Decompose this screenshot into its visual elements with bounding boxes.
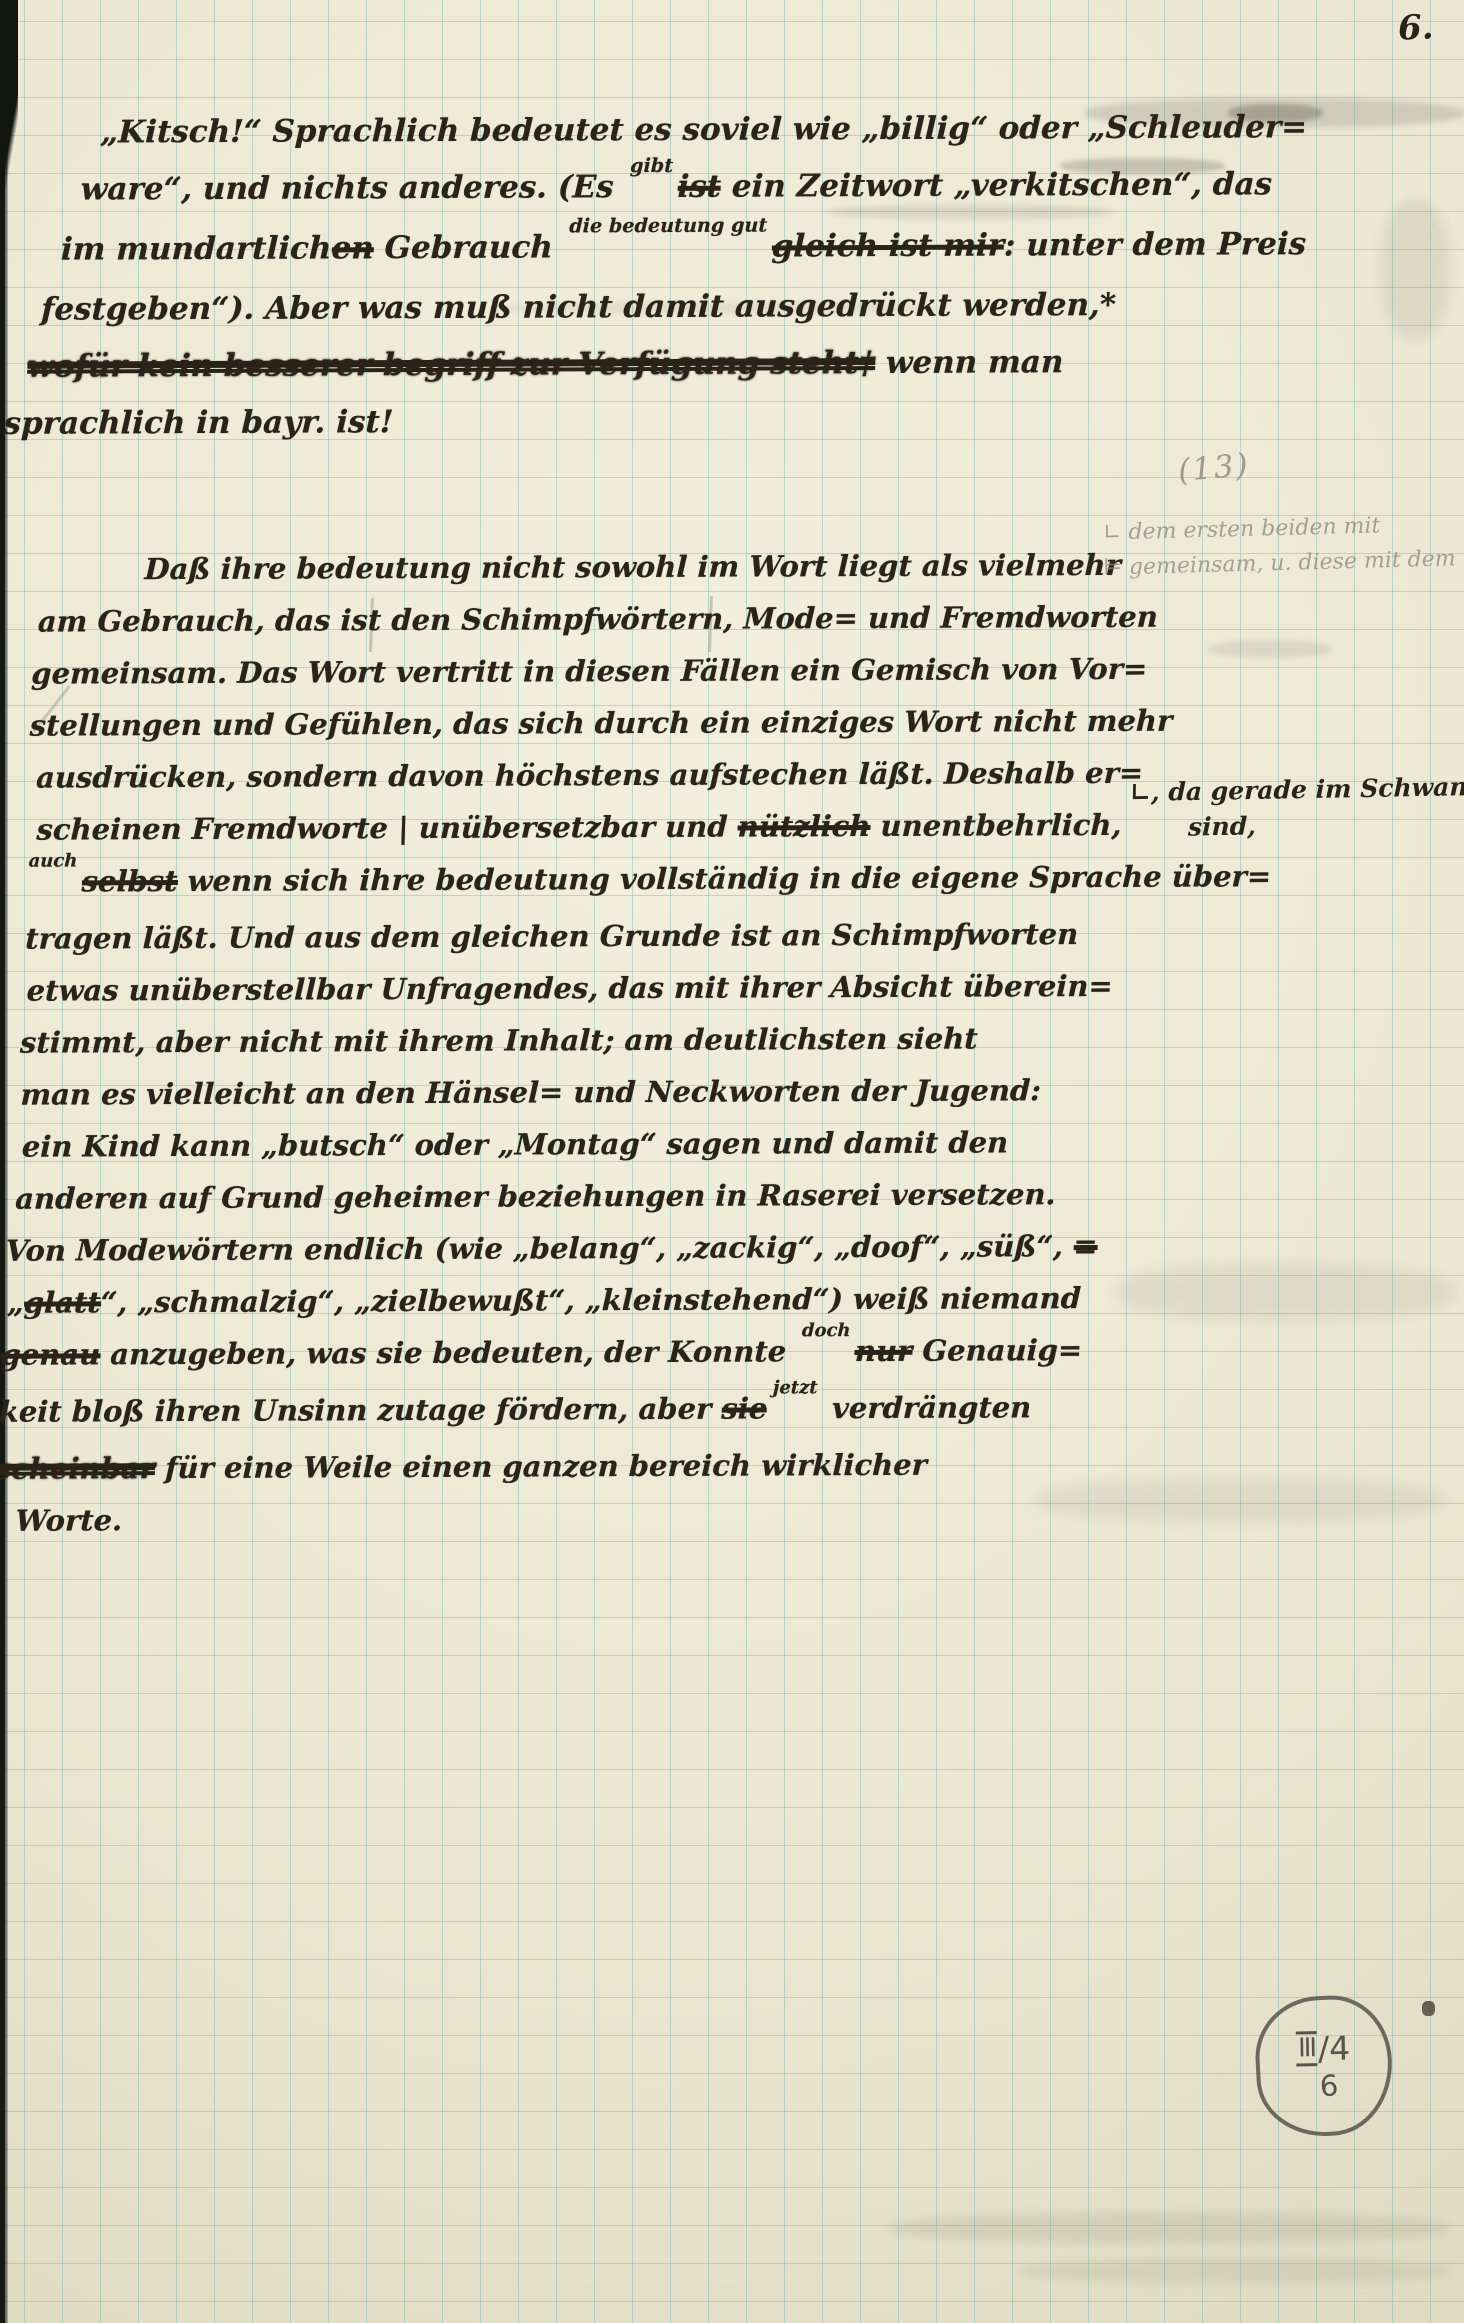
manuscript-line: scheinen Fremdworte | unübersetzbar und …: [6, 798, 1274, 856]
manuscript-page: 6. „Kitsch!“ Sprachlich bedeutet es sovi…: [0, 0, 1464, 2323]
struck-text: gleich ist mir: [771, 227, 1005, 264]
handwriting-text: tragen läßt. Und aus dem gleichen Grunde…: [25, 917, 1079, 956]
handwriting-text: gemeinsam. Das Wort vertritt in diesen F…: [31, 652, 1148, 691]
handwriting-text: „: [7, 1286, 25, 1320]
handwriting-text: wenn man: [874, 344, 1064, 381]
handwriting-text: Gebrauch: [373, 229, 564, 266]
struck-text: selbst: [81, 864, 178, 898]
bleed-through-smudge: [1380, 200, 1450, 340]
manuscript-line: gemeinsam. Das Wort vertritt in diesen F…: [11, 642, 1279, 700]
handwriting-text: am Gebrauch, das ist den Schimpfwörtern,…: [37, 600, 1158, 639]
bleed-through-smudge: [1020, 2258, 1450, 2284]
handwriting-text: etwas unüberstellbar Unfragendes, das mi…: [26, 969, 1113, 1008]
handwriting-text: unentbehrlich,: [870, 808, 1122, 843]
handwriting-text: stellungen und Gefühlen, das sich durch …: [29, 704, 1173, 743]
manuscript-line: am Gebrauch, das ist den Schimpfwörtern,…: [12, 590, 1280, 648]
handwriting-text: Von Modewörtern endlich (wie „belang“, „…: [5, 1229, 1074, 1268]
manuscript-line: stimmt, aber nicht mit ihrem Inhalt; am …: [0, 1011, 1267, 1069]
handwriting-text: keit bloß ihren Unsinn zutage fördern, a…: [0, 1392, 722, 1429]
manuscript-line: scheinbar für eine Weile einen ganzen be…: [0, 1437, 1254, 1495]
ink-margin-note-line1: ∟, da gerade im Schwang: [1130, 772, 1464, 807]
archive-stamp-fraction: /4: [1318, 2032, 1351, 2066]
manuscript-line: ausdrücken, sondern davon höchstens aufs…: [7, 746, 1275, 804]
pencil-folio-number: (13): [1177, 447, 1252, 489]
struck-text: ≡: [1073, 1229, 1098, 1263]
bleed-through-smudge: [890, 2212, 1450, 2244]
manuscript-line: wofür kein besserer begriff zur Verfügun…: [0, 333, 1303, 396]
struck-text: nützlich: [737, 809, 871, 844]
manuscript-line: etwas unüberstellbar Unfragendes, das mi…: [1, 959, 1269, 1017]
handwriting-text: Daß ihre bedeutung nicht sowohl im Wort …: [144, 548, 1121, 586]
struck-text: nur: [854, 1334, 912, 1368]
struck-text: glatt: [23, 1285, 101, 1319]
handwriting-text: ware“, und nichts anderes. (Es: [80, 169, 625, 207]
handwriting-text: verdrängten: [821, 1390, 1031, 1425]
manuscript-line: auchselbst wenn sich ihre bedeutung voll…: [4, 850, 1272, 913]
handwriting-text: ausdrücken, sondern davon höchstens aufs…: [36, 756, 1144, 795]
handwriting-text: festgeben“). Aber was muß nicht damit au…: [41, 287, 1117, 328]
handwriting-text: ein Kind kann „butsch“ oder „Montag“ sag…: [21, 1125, 1008, 1163]
page-number: 6.: [1397, 7, 1434, 48]
manuscript-line: im mundartlichen Gebrauch die bedeutung …: [0, 216, 1307, 282]
inserted-text: auch: [28, 835, 78, 887]
archive-stamp-top: III /4: [1296, 2031, 1351, 2067]
manuscript-line: genau anzugeben, was sie bedeuten, der K…: [0, 1323, 1258, 1386]
inserted-text: doch: [801, 1305, 851, 1357]
handwriting-text: „Kitsch!“ Sprachlich bedeutet es soviel …: [100, 109, 1308, 150]
handwriting-text: wenn sich ihre bedeutung vollständig in …: [177, 859, 1272, 898]
paragraph-2: Daß ihre bedeutung nicht sowohl im Wort …: [0, 538, 1282, 1547]
struck-text: en: [331, 230, 374, 266]
handwriting-text: für eine Weile einen ganzen bereich wirk…: [155, 1448, 928, 1485]
struck-text: genau: [0, 1337, 101, 1371]
manuscript-line: Von Modewörtern endlich (wie „belang“, „…: [0, 1219, 1261, 1277]
pencil-margin-note-line1: ∟ dem ersten beiden mit: [1103, 513, 1381, 545]
handwriting-text: Genauig=: [912, 1333, 1083, 1368]
manuscript-line: keit bloß ihren Unsinn zutage fördern, a…: [0, 1380, 1256, 1443]
manuscript-line: Daß ihre bedeutung nicht sowohl im Wort …: [14, 538, 1282, 596]
manuscript-line: „glatt“, „schmalzig“, „zielbewußt“, „kle…: [0, 1271, 1259, 1329]
manuscript-line: anderen auf Grund geheimer beziehungen i…: [0, 1167, 1262, 1225]
manuscript-line: Worte.: [0, 1489, 1252, 1547]
handwriting-text: ein Zeitwort „verkitschen“, das: [721, 166, 1273, 204]
inserted-text: die bedeutung gut: [568, 196, 768, 254]
archive-stamp-number: 6: [1319, 2071, 1339, 2101]
handwriting-text: Worte.: [15, 1503, 123, 1537]
handwriting-text: anzugeben, was sie bedeuten, der Konnte: [100, 1334, 797, 1371]
archive-stamp-roman-numeral: III: [1296, 2031, 1318, 2066]
struck-out-text: scheinbar: [0, 1451, 156, 1486]
handwriting-text: scheinen Fremdworte | unübersetzbar und: [36, 810, 738, 847]
manuscript-line: stellungen und Gefühlen, das sich durch …: [9, 694, 1277, 752]
handwriting-text: : unter dem Preis: [1004, 226, 1307, 263]
struck-out-text: wofür kein besserer begriff zur Verfügun…: [27, 345, 876, 385]
inserted-text: gibt: [629, 137, 674, 194]
paragraph-1: „Kitsch!“ Sprachlich bedeutet es soviel …: [0, 99, 1311, 453]
handwriting-text: im mundartlich: [60, 230, 332, 267]
handwriting-text: “, „schmalzig“, „zielbewußt“, „kleinsteh…: [100, 1281, 1081, 1319]
archive-stamp-circle: III /4 6: [1252, 1993, 1395, 2140]
manuscript-line: tragen läßt. Und aus dem gleichen Grunde…: [2, 907, 1270, 965]
ink-speck: [1422, 2001, 1435, 2016]
handwriting-text: stimmt, aber nicht mit ihrem Inhalt; am …: [20, 1021, 979, 1059]
handwriting-text: man es vielleicht an den Hänsel= und Nec…: [20, 1073, 1042, 1111]
manuscript-line: sprachlich in bayr. ist!: [0, 390, 1302, 453]
inserted-text: jetzt: [772, 1362, 818, 1414]
handwriting-text: sprachlich in bayr. ist!: [3, 404, 394, 442]
manuscript-line: festgeben“). Aber was muß nicht damit au…: [0, 276, 1305, 339]
struck-text: sie: [721, 1391, 768, 1425]
handwriting-text: anderen auf Grund geheimer beziehungen i…: [15, 1177, 1056, 1216]
ink-margin-note-line2: sind,: [1188, 811, 1256, 841]
manuscript-line: ein Kind kann „butsch“ oder „Montag“ sag…: [0, 1115, 1264, 1173]
manuscript-line: man es vielleicht an den Hänsel= und Nec…: [0, 1063, 1265, 1121]
